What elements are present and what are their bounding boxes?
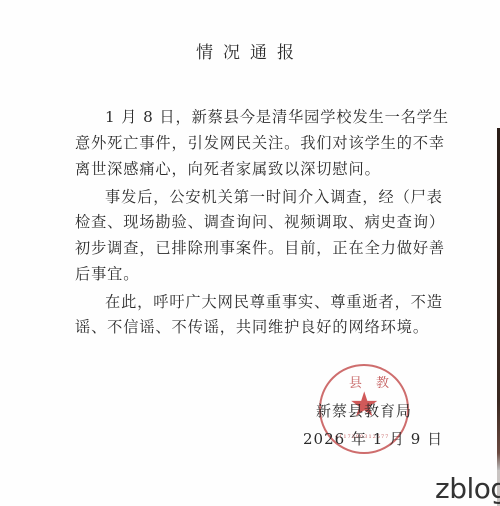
paragraph-2-line-4: 后事宜。	[75, 265, 139, 283]
document-page: 情况通报 1 月 8 日，新蔡县今是清华园学校发生一名学生 意外死亡事件，引发网…	[0, 0, 500, 506]
paragraph-1-line-2: 意外死亡事件，引发网民关注。我们对该学生的不幸	[75, 134, 445, 152]
issuer-signature: 新蔡县教育局	[316, 400, 412, 421]
watermark: zblog	[435, 472, 500, 505]
paragraph-2-line-1: 事发后，公安机关第一时间介入调查，经（尸表	[105, 188, 443, 206]
paragraph-3-line-2: 谣、不信谣、不传谣，共同维护良好的网络环境。	[75, 318, 429, 336]
paragraph-2-line-3: 初步调查，已排除刑事案件。目前，正在全力做好善	[75, 239, 445, 257]
document-title: 情况通报	[0, 38, 500, 63]
paragraph-2-line-2: 检查、现场勘验、调查询问、视频调取、病史查询）	[75, 213, 445, 231]
paragraph-1-line-1: 1 月 8 日，新蔡县今是清华园学校发生一名学生	[105, 108, 449, 126]
paragraph-3-line-1: 在此，呼吁广大网民尊重事实、尊重逝者，不造	[105, 293, 443, 311]
issue-date: 2026 年 1 月 9 日	[303, 428, 443, 449]
paragraph-1-line-3: 离世深感痛心，向死者家属致以深切慰问。	[75, 160, 381, 178]
